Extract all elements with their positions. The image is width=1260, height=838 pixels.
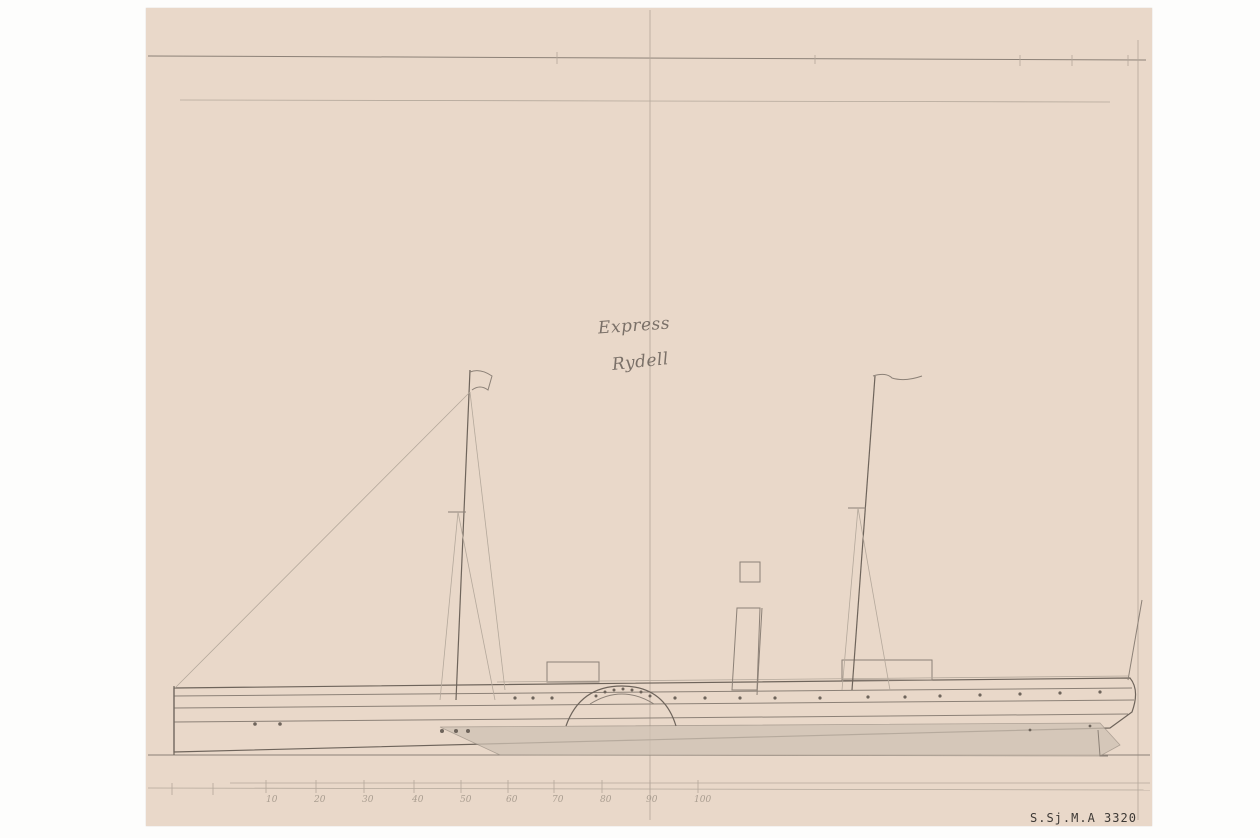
aft-shroud-2 bbox=[458, 512, 495, 700]
catalog-number: S.Sj.M.A 3320 bbox=[1030, 811, 1137, 825]
scale-label: 100 bbox=[694, 795, 711, 805]
faint-guide-line bbox=[180, 100, 1110, 102]
aft-deckhouse bbox=[547, 662, 599, 682]
fore-shroud-2 bbox=[858, 508, 890, 690]
aft-flag bbox=[470, 371, 492, 390]
scale-label: 70 bbox=[552, 795, 563, 805]
funnel-body bbox=[732, 608, 760, 690]
hull-shading bbox=[440, 723, 1120, 756]
bottom-scale-ticks bbox=[172, 780, 698, 795]
fore-shroud-1 bbox=[842, 508, 858, 690]
aft-backstay bbox=[175, 392, 470, 688]
ship-drawing bbox=[0, 0, 1260, 838]
fore-deckhouse bbox=[842, 660, 932, 680]
scale-label: 40 bbox=[412, 795, 423, 805]
bowsprit bbox=[1128, 600, 1142, 680]
hull-lower-line bbox=[174, 714, 1128, 722]
scale-label: 20 bbox=[314, 795, 325, 805]
aft-shroud-1 bbox=[440, 512, 458, 700]
top-scale-line bbox=[148, 56, 1146, 60]
paddle-box-inner bbox=[590, 694, 654, 704]
scale-label: 10 bbox=[266, 795, 277, 805]
scale-label: 80 bbox=[600, 795, 611, 805]
aft-mast bbox=[456, 370, 470, 700]
scale-label: 60 bbox=[506, 795, 517, 805]
bottom-scale-line bbox=[148, 788, 1150, 790]
funnel-top bbox=[740, 562, 760, 582]
scale-label: 90 bbox=[646, 795, 657, 805]
scale-label: 30 bbox=[362, 795, 373, 805]
fore-pennant bbox=[873, 374, 922, 379]
hull-rail-line bbox=[174, 688, 1132, 696]
scale-label: 50 bbox=[460, 795, 471, 805]
aft-forestay bbox=[470, 392, 505, 690]
